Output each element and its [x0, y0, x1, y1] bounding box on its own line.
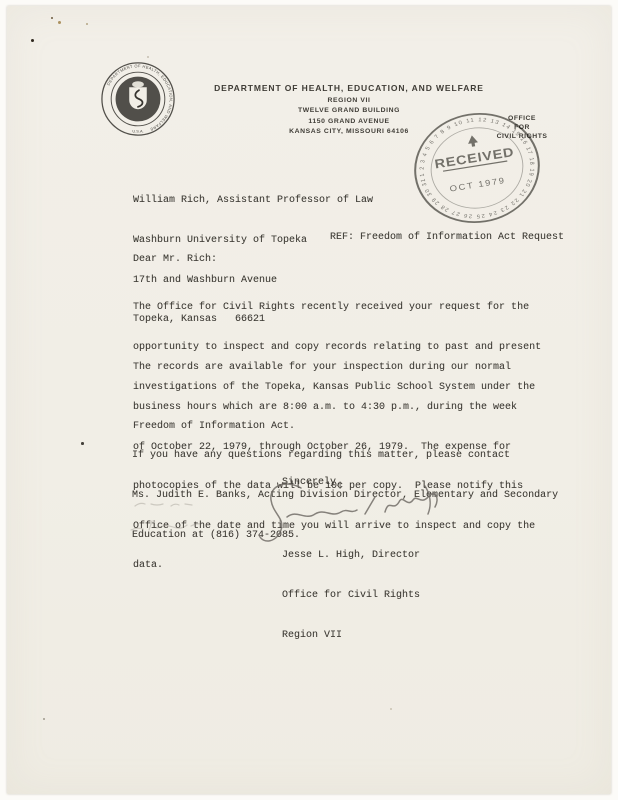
seal-eagle-shape [132, 81, 144, 87]
signature-stroke [425, 486, 430, 514]
dust-speck [390, 708, 392, 710]
signer-office: Office for Civil Rights [282, 589, 420, 602]
agency-name: DEPARTMENT OF HEALTH, EDUCATION, AND WEL… [189, 83, 509, 93]
pencil-note-line-2 [131, 521, 201, 530]
stamp-arrow-icon [467, 135, 479, 148]
signature-block: Jesse L. High, Director Office for Civil… [282, 523, 420, 668]
received-stamp: 1 2 3 4 5 6 7 8 9 10 11 12 13 14 15 16 1… [403, 102, 551, 234]
pencil-note-line-1 [135, 503, 192, 506]
dust-speck [147, 56, 149, 58]
stamp-received-text: RECEIVED [434, 145, 516, 171]
salutation: Dear Mr. Rich: [133, 253, 217, 266]
body-line: If you have any questions regarding this… [132, 449, 558, 462]
dust-speck [43, 718, 45, 720]
stamp-outer-ring [407, 105, 546, 231]
dust-speck [51, 17, 53, 19]
signature-stroke [287, 510, 357, 517]
pencil-notations [127, 496, 247, 546]
body-line: The records are available for your inspe… [133, 361, 535, 374]
stamp-date-text: OCT 1979 [449, 175, 506, 193]
recipient-line: William Rich, Assistant Professor of Law [133, 194, 373, 207]
body-line: The Office for Civil Rights recently rec… [133, 301, 541, 314]
seal-usa-text: U.S.A. [132, 129, 143, 134]
signature-stroke [365, 497, 375, 514]
signer-name-title: Jesse L. High, Director [282, 549, 420, 562]
letter-page: DEPARTMENT OF HEALTH, EDUCATION, AND WEL… [7, 6, 611, 794]
dust-speck [86, 23, 88, 25]
signer-region: Region VII [282, 629, 420, 642]
dust-speck [81, 442, 84, 445]
dust-speck [58, 21, 61, 24]
scanned-letter-canvas: DEPARTMENT OF HEALTH, EDUCATION, AND WEL… [0, 0, 618, 800]
hew-seal-icon: DEPARTMENT OF HEALTH, EDUCATION, AND WEL… [99, 60, 177, 138]
body-line: business hours which are 8:00 a.m. to 4:… [133, 401, 535, 414]
dust-speck [31, 39, 34, 42]
reference-line: REF: Freedom of Information Act Request [330, 231, 564, 244]
